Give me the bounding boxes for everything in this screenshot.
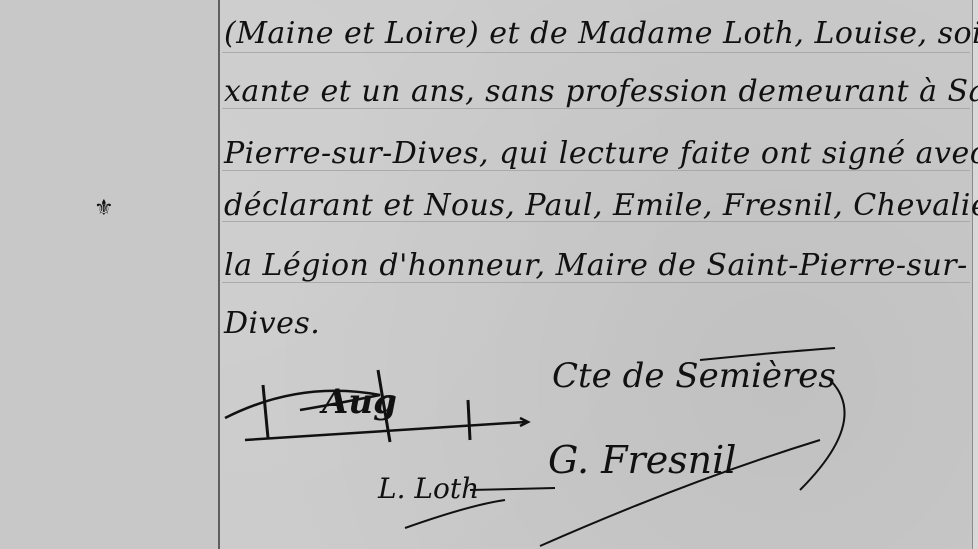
signature-fresnil: G. Fresnil: [548, 438, 736, 482]
document-page: ⚜ (Maine et Loire) et de Madame Loth, Lo…: [0, 0, 978, 549]
signature-paraph: Aug: [322, 382, 397, 422]
signature-strokes: [0, 0, 978, 549]
signature-loth: L. Loth: [378, 472, 479, 505]
signature-count: Cte de Semières: [552, 356, 836, 396]
